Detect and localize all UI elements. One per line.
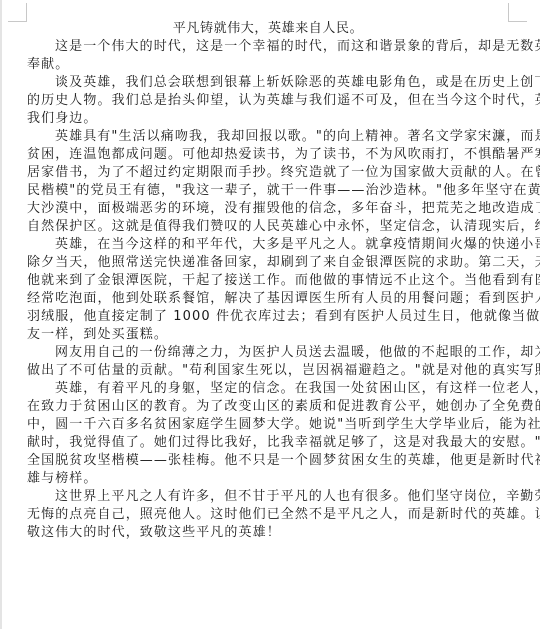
text-line: 奉献。	[27, 56, 509, 74]
text-line: 的历史人物。我们总是抬头仰望，认为英雄与我们遥不可及，但在当今这个时代，英雄就在	[27, 92, 509, 110]
text-line: 经常吃泡面，他到处联系餐馆，解决了基因谭医生所有人员的用餐问题；看到医护人员缺少	[27, 290, 509, 308]
top-left-margin-mark	[8, 3, 27, 22]
document-lines: 这是一个伟大的时代，这是一个幸福的时代，而这和谐景象的背后，却是无数英雄人物的奉…	[27, 38, 509, 542]
text-line: 英雄具有"生活以痛吻我，我却回报以歌。"的向上精神。著名文学家宋濂，而是家庭极为	[27, 128, 509, 146]
text-line: 居家借书，为了不超过约定期限而手抄。终究造就了一位为国家做大贡献的人。在曾荣获"…	[27, 164, 509, 182]
text-line: 敬这伟大的时代，致敬这些平凡的英雄！	[27, 524, 509, 542]
document-body: 平凡铸就伟大，英雄来自人民。 这是一个伟大的时代，这是一个幸福的时代，而这和谐景…	[27, 20, 509, 542]
text-line: 民楷模"的党员王有德，"我这一辈子，就干一件事——治沙造林。"他多年坚守在黄沙漫…	[27, 182, 509, 200]
text-line: 英雄，有着平凡的身躯，坚定的信念。在我国一处贫困山区，有这样一位老人，她毕生都	[27, 380, 509, 398]
text-line: 我们身边。	[27, 110, 509, 128]
text-line: 除夕当天，他照常送完快递准备回家，却刷到了来自金银潭医院的求助。第二天，天还没亮…	[27, 254, 509, 272]
text-line: 这世界上平凡之人有许多，但不甘于平凡的人也有很多。他们坚守岗位，辛勤劳作，无怨	[27, 488, 509, 506]
text-line: 网友用自己的一份绵薄之力，为医护人员送去温暖，他做的不起眼的工作，却为防疫工作	[27, 344, 509, 362]
text-line: 无悔的点亮自己，照亮他人。这时他们已全然不是平凡之人，而是新时代的英雄。让我们致	[27, 506, 509, 524]
text-line: 他就来到了金银潭医院，干起了接送工作。而他做的事情远不止这个。当他看到有医护人员	[27, 272, 509, 290]
text-line: 谈及英雄，我们总会联想到银幕上斩妖除恶的英雄电影角色，或是在历史上创下丰功伟绩	[27, 74, 509, 92]
text-line: 羽绒服，他直接定制了 1000 件优衣库过去；看到有医护人员过生日，他就像当做自…	[27, 308, 509, 326]
text-line: 雄与榜样。	[27, 470, 509, 488]
text-line: 全国脱贫攻坚楷模——张桂梅。他不只是一个圆梦贫困女生的英雄，他更是新时代社会的英	[27, 452, 509, 470]
text-line: 中，圆一千六百多名贫困家庭学生圆梦大学。她说"当听到学生大学毕业后，能为社会做贡	[27, 416, 509, 434]
text-line: 自然保护区。这就是值得我们赞叹的人民英雄心中永怀，坚定信念，认清现实后，绝不臣服…	[27, 218, 509, 236]
text-line: 英雄，在当今这样的和平年代，大多是平凡之人。就拿疫情期间火爆的快递小哥汪勇来说，	[27, 236, 509, 254]
page-left-edge	[0, 0, 2, 629]
text-line: 在致力于贫困山区的教育。为了改变山区的素质和促进教育公平，她创办了全免费的女子高	[27, 398, 509, 416]
document-title: 平凡铸就伟大，英雄来自人民。	[27, 20, 509, 38]
text-line: 友一样，到处买蛋糕。	[27, 326, 509, 344]
text-line: 大沙漠中，面极端恶劣的环境，没有摧毁他的信念，多年奋斗，把荒芜之地改造成了国家级	[27, 200, 509, 218]
text-line: 这是一个伟大的时代，这是一个幸福的时代，而这和谐景象的背后，却是无数英雄人物的	[27, 38, 509, 56]
text-line: 献时，我觉得值了。她们过得比我好，比我幸福就足够了，这是对我最大的安慰。"她就是	[27, 434, 509, 452]
top-right-margin-mark	[508, 3, 527, 22]
text-line: 贫困，连温饱都成问题。可他却热爱读书，为了读书，不为风吹雨打，不惧酷暑严寒，向邻	[27, 146, 509, 164]
text-line: 做出了不可估量的贡献。"苟利国家生死以，岂因祸福避趋之。"就是对他的真实写照。	[27, 362, 509, 380]
